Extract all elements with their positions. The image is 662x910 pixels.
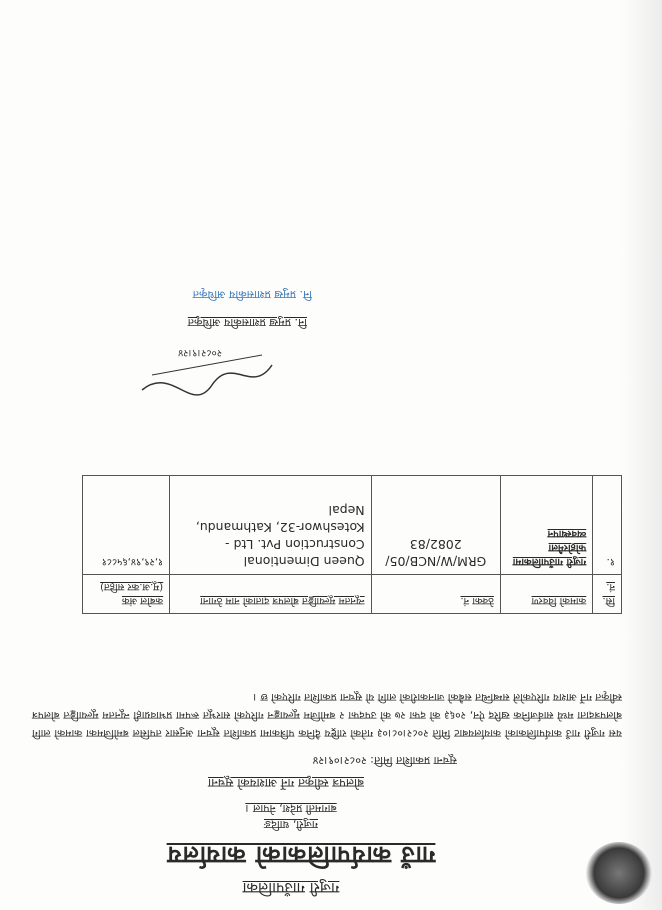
table-header-row: सि. नं. कामको विवरण ठेक्का नं. न्यूनतम म… bbox=[83, 575, 622, 614]
signature-icon: २०८२।९।२४ bbox=[132, 345, 282, 405]
col-contract: ठेक्का नं. bbox=[371, 575, 500, 614]
col-bidder: न्यूनतम मूल्याङ्कित बोलपत्र दाताको नाम ठ… bbox=[170, 575, 372, 614]
col-sn: सि. नं. bbox=[593, 575, 622, 614]
publication-date: सूचना प्रकाशित मिति: २०८२।०९।२४ bbox=[313, 753, 457, 768]
rotated-document-page: गजुरी गाउँपालिका गाउँ कार्यपालिकाको कार्… bbox=[0, 0, 662, 910]
col-work: कामको विवरण bbox=[500, 575, 592, 614]
signatory-title: नि. प्रमुख प्रशासकीय अधिकृत bbox=[188, 315, 307, 330]
cell-amount: १,२९,९४,६५८८१ bbox=[83, 476, 170, 575]
bid-table: सि. नं. कामको विवरण ठेक्का नं. न्यूनतम म… bbox=[82, 475, 622, 614]
svg-text:२०८२।९।२४: २०८२।९।२४ bbox=[178, 347, 222, 358]
cell-sn: १. bbox=[593, 476, 622, 575]
office-title: गाउँ कार्यपालिकाको कार्यालय bbox=[0, 839, 632, 872]
col-amount: कबोल अंक (मू.अ.कर सहित) bbox=[83, 575, 170, 614]
cell-work: गजुरी गाउँपालिकामा फोहोरमैला व्यवस्थापन bbox=[500, 476, 592, 575]
cell-bidder: Queen Dimentional Construction Pvt. Ltd … bbox=[170, 476, 372, 575]
table-row: १. गजुरी गाउँपालिकामा फोहोरमैला व्यवस्था… bbox=[83, 476, 622, 575]
address-line-1: गजुरी, धादिङ bbox=[0, 817, 622, 832]
address-line-2: बागमती प्रदेश, नेपाल । bbox=[0, 801, 622, 816]
cell-contract-no: GRM/W/NCB/05/ 2082/83 bbox=[371, 476, 500, 575]
notice-body: यस गजुरी गाउँ कार्यपालिकाको कार्यालयबाट … bbox=[32, 688, 622, 742]
notice-title: बोलपत्र स्वीकृत गर्ने आशयको सूचना bbox=[0, 775, 617, 792]
municipality-name: गजुरी गाउँपालिका bbox=[0, 878, 622, 898]
signatory-stamp: नि. प्रमुख प्रशासकीय अधिकृत bbox=[193, 287, 312, 302]
